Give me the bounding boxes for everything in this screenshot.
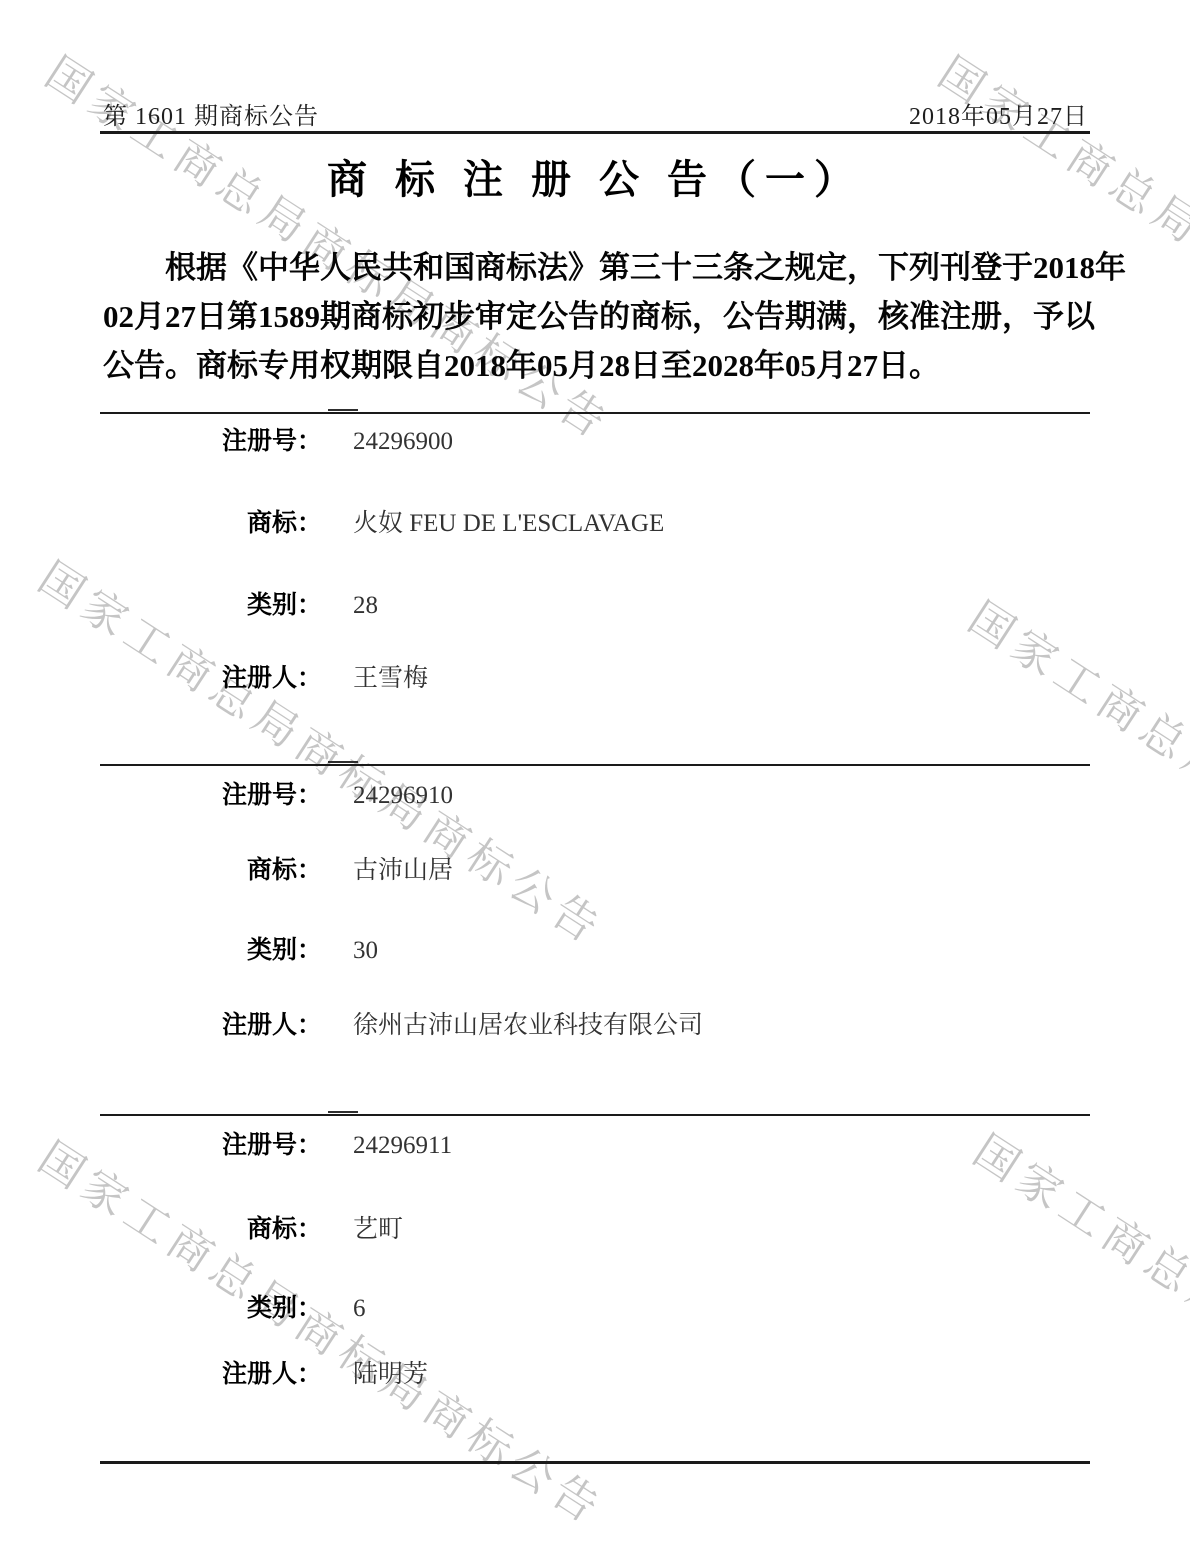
intro-paragraph: 根据《中华人民共和国商标法》第三十三条之规定，下列刊登于2018年 02月27日…	[103, 243, 1088, 390]
trademark-gazette-page: 国家工商总局商标局商标公告 国家工商总局商标局商标公告 国家工商总局商标局商标公…	[0, 0, 1190, 1564]
category-value: 28	[353, 591, 378, 621]
reg-no-label: 注册号：	[100, 1131, 322, 1161]
category-label: 类别：	[100, 936, 322, 966]
trademark-label: 商标：	[100, 509, 322, 539]
category-label: 类别：	[100, 1294, 322, 1324]
entry-row-trademark: 商标： 火奴 FEU DE L'ESCLAVAGE	[100, 509, 1090, 539]
entry-row-trademark: 商标： 古沛山居	[100, 856, 1090, 886]
category-value: 6	[353, 1294, 366, 1324]
entry-row-reg-no: 注册号： 24296900	[100, 427, 1090, 457]
reg-no-label: 注册号：	[100, 427, 322, 457]
trademark-label: 商标：	[100, 856, 322, 886]
entry-row-reg-no: 注册号： 24296910	[100, 781, 1090, 811]
reg-no-value: 24296911	[353, 1131, 452, 1161]
registrant-value: 王雪梅	[353, 664, 428, 694]
header-date: 2018年05月27日	[909, 96, 1088, 131]
entry-row-registrant: 注册人： 陆明芳	[100, 1360, 1090, 1390]
header-issue-number: 第 1601 期商标公告	[103, 96, 319, 131]
entry-row-category: 类别： 30	[100, 936, 1090, 966]
entry-row-category: 类别： 28	[100, 591, 1090, 621]
registrant-label: 注册人：	[100, 664, 322, 694]
intro-line-1: 根据《中华人民共和国商标法》第三十三条之规定，下列刊登于2018年	[103, 243, 1088, 292]
trademark-value: 古沛山居	[353, 856, 453, 886]
trademark-value: 艺町	[353, 1215, 403, 1245]
header-rule	[100, 131, 1090, 134]
reg-no-value: 24296900	[353, 427, 453, 457]
separator-line	[100, 1114, 1090, 1116]
intro-line-2: 02月27日第1589期商标初步审定公告的商标，公告期满，核准注册，予以	[103, 292, 1088, 341]
page-title: 商 标 注 册 公 告（一）	[0, 148, 1190, 205]
category-value: 30	[353, 936, 378, 966]
bottom-rule	[100, 1461, 1090, 1464]
entry-row-registrant: 注册人： 徐州古沛山居农业科技有限公司	[100, 1011, 1090, 1041]
trademark-label: 商标：	[100, 1215, 322, 1245]
registrant-value: 徐州古沛山居农业科技有限公司	[353, 1011, 703, 1041]
entry-row-reg-no: 注册号： 24296911	[100, 1131, 1090, 1161]
separator-line	[100, 412, 1090, 414]
separator-line	[100, 764, 1090, 766]
intro-line-3: 公告。商标专用权期限自2018年05月28日至2028年05月27日。	[103, 341, 1088, 390]
reg-no-label: 注册号：	[100, 781, 322, 811]
trademark-value: 火奴 FEU DE L'ESCLAVAGE	[353, 509, 664, 539]
registrant-label: 注册人：	[100, 1011, 322, 1041]
entry-row-category: 类别： 6	[100, 1294, 1090, 1324]
registrant-label: 注册人：	[100, 1360, 322, 1390]
registrant-value: 陆明芳	[353, 1360, 428, 1390]
category-label: 类别：	[100, 591, 322, 621]
entry-row-registrant: 注册人： 王雪梅	[100, 664, 1090, 694]
page-content: 第 1601 期商标公告 2018年05月27日 商 标 注 册 公 告（一） …	[0, 0, 1190, 1564]
entry-row-trademark: 商标： 艺町	[100, 1215, 1090, 1245]
reg-no-value: 24296910	[353, 781, 453, 811]
